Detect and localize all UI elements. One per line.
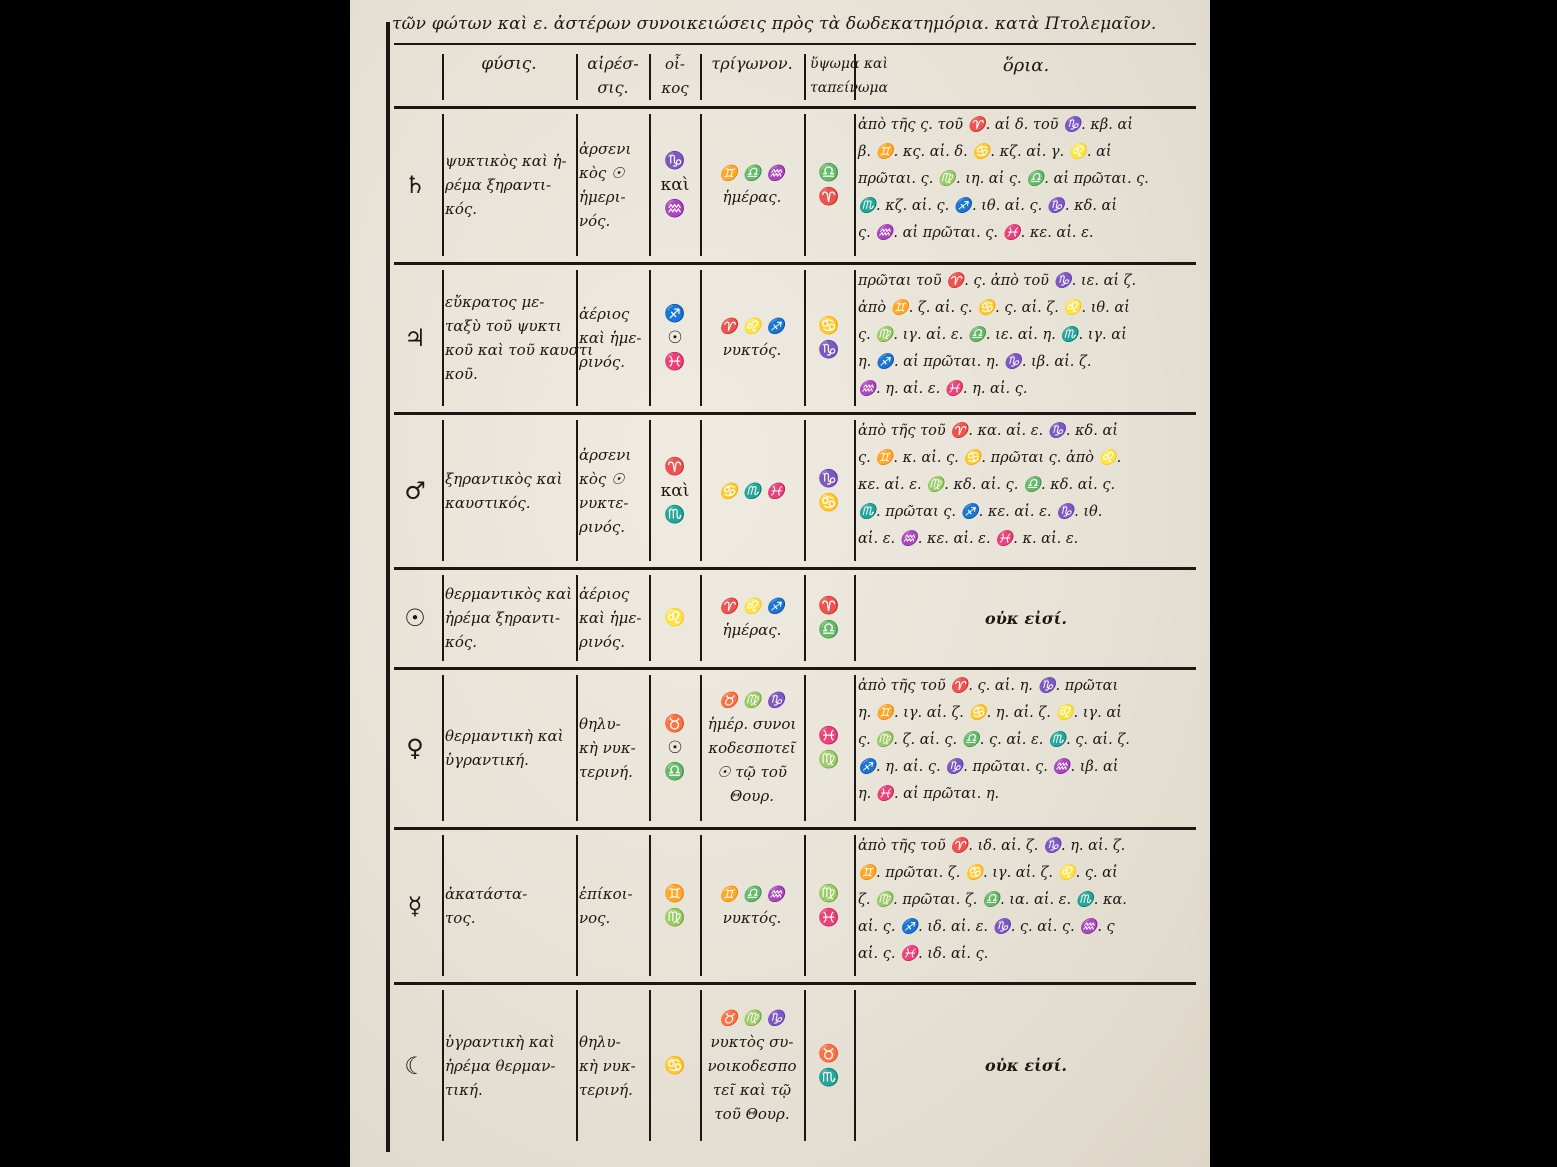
- house-cell-line: καὶ: [652, 173, 698, 197]
- house-cell-line: ♏: [652, 503, 698, 527]
- column-divider: [649, 420, 651, 561]
- exaltation-cell-line: ♑: [807, 467, 851, 491]
- house-cell-line: ☉: [652, 326, 698, 350]
- house-cell: ♈καὶ♏: [652, 418, 698, 563]
- terms-cell-line: η. ♓. αἱ πρῶται. η.: [858, 781, 1194, 808]
- sect-cell-line: νός.: [579, 209, 647, 233]
- house-cell-line: ♒: [652, 197, 698, 221]
- sect-cell-line: θηλυ-: [579, 712, 647, 736]
- trigon-cell: ♈ ♌ ♐νυκτός.: [703, 268, 801, 408]
- column-divider: [576, 990, 578, 1141]
- trigon-cell: ♉ ♍ ♑ἡμέρ. συνοικοδεσποτεῖ☉ τῷ τοῦΘουρ.: [703, 673, 801, 823]
- nature-cell-line: εὔκρατος με-: [445, 290, 573, 314]
- exaltation-cell: ♍♓: [807, 833, 851, 978]
- nature-cell-line: κοῦ καὶ τοῦ καυστι: [445, 338, 573, 362]
- sect-cell-line: ἀρσενι: [579, 137, 647, 161]
- column-divider: [804, 575, 806, 661]
- column-divider: [576, 835, 578, 976]
- exaltation-cell-line: ♋: [807, 491, 851, 515]
- house-cell-line: ♍: [652, 906, 698, 930]
- sect-cell-line: νυκτε-: [579, 491, 647, 515]
- sect-cell-line: ἐπίκοι-: [579, 882, 647, 906]
- trigon-cell-line: νυκτός.: [703, 338, 801, 362]
- terms-cell: ἀπὸ τῆς ς. τοῦ ♈. αἱ δ. τοῦ ♑. κβ. αἱβ. …: [858, 112, 1194, 258]
- terms-cell-line: η. ♊. ιγ. αἱ. ζ. ♋. η. αἱ. ζ. ♌. ιγ. αἱ: [858, 700, 1194, 727]
- sect-cell-line: νος.: [579, 906, 647, 930]
- trigon-cell-line: ♋ ♏ ♓: [703, 479, 801, 503]
- header-label-line: οἶ-: [652, 52, 698, 76]
- sect-cell: ἀρσενικὸς ☉νυκτε-ρινός.: [579, 418, 647, 563]
- exaltation-cell: ♈♎: [807, 573, 851, 663]
- trigon-cell: ♈ ♌ ♐ἡμέρας.: [703, 573, 801, 663]
- row-divider: [394, 827, 1196, 830]
- page-title: τῶν φώτων καὶ ε. ἀστέρων συνοικειώσεις π…: [392, 14, 1202, 44]
- row-divider: [394, 262, 1196, 265]
- house-cell: ♉☉♎: [652, 673, 698, 823]
- terms-cell-line: ἀπὸ τῆς τοῦ ♈. κα. αἱ. ε. ♑. κδ. αἱ: [858, 418, 1194, 445]
- terms-cell-line: ς. ♍. ζ. αἱ. ς. ♎. ς. αἱ. ε. ♏. ς. αἱ. ζ…: [858, 727, 1194, 754]
- row-divider: [394, 567, 1196, 570]
- nature-cell-line: ὑγραντική.: [445, 748, 573, 772]
- nature-cell-line: θερμαντικὴ καὶ: [445, 724, 573, 748]
- row-divider: [394, 106, 1196, 109]
- house-cell-line: καὶ: [652, 479, 698, 503]
- column-divider: [576, 270, 578, 406]
- house-cell-line: ♎: [652, 760, 698, 784]
- exaltation-cell: ♋♑: [807, 268, 851, 408]
- nature-cell: ξηραντικὸς καὶκαυστικός.: [445, 418, 573, 563]
- sect-cell: ἀρσενικὸς ☉ἡμερι-νός.: [579, 112, 647, 258]
- house-cell-line: ♊: [652, 882, 698, 906]
- column-divider: [442, 835, 444, 976]
- nature-cell: εὔκρατος με-ταξὺ τοῦ ψυκτικοῦ καὶ τοῦ κα…: [445, 268, 573, 408]
- nature-cell: θερμαντικὸς καὶἠρέμα ξηραντι-κός.: [445, 573, 573, 663]
- house-cell-line: ♑: [652, 149, 698, 173]
- exaltation-cell-line: ♋: [807, 314, 851, 338]
- table-header: φύσις. αἱρέσ-σις. οἶ-κος τρίγωνον. ὕψωμα…: [390, 46, 1196, 106]
- header-trigon: τρίγωνον.: [703, 52, 801, 102]
- terms-cell-line: ♊. πρῶται. ζ. ♋. ιγ. αἱ. ζ. ♌. ς. αἱ: [858, 860, 1194, 887]
- column-divider: [442, 114, 444, 256]
- terms-cell-line: β. ♊. κς. αἱ. δ. ♋. κζ. αἱ. γ. ♌. αἱ: [858, 139, 1194, 166]
- column-divider: [649, 990, 651, 1141]
- trigon-cell-line: ἡμέρας.: [703, 618, 801, 642]
- trigon-cell-line: κοδεσποτεῖ: [703, 736, 801, 760]
- column-divider: [700, 420, 702, 561]
- house-cell: ♑καὶ♒: [652, 112, 698, 258]
- column-divider: [854, 420, 856, 561]
- terms-cell-line: ♏. πρῶται ς. ♐. κε. αἱ. ε. ♑. ιθ.: [858, 499, 1194, 526]
- planet-symbol-icon: ☉: [390, 573, 440, 663]
- column-divider: [442, 675, 444, 821]
- exaltation-cell-line: ♈: [807, 185, 851, 209]
- trigon-cell-line: Θουρ.: [703, 784, 801, 808]
- trigon-cell: ♋ ♏ ♓: [703, 418, 801, 563]
- trigon-cell-line: ἡμέρας.: [703, 185, 801, 209]
- nature-cell-line: ταξὺ τοῦ ψυκτι: [445, 314, 573, 338]
- trigon-cell-line: ♊ ♎ ♒: [703, 161, 801, 185]
- terms-cell-line: πρῶται τοῦ ♈. ς. ἀπὸ τοῦ ♑. ιε. αἱ ζ.: [858, 268, 1194, 295]
- planet-symbol-icon: ☿: [390, 833, 440, 978]
- column-divider: [649, 835, 651, 976]
- row-divider: [394, 412, 1196, 415]
- trigon-cell-line: τοῦ Θουρ.: [703, 1102, 801, 1126]
- header-label-line: σις.: [579, 76, 647, 100]
- row-divider: [394, 982, 1196, 985]
- sect-cell-line: κὸς ☉: [579, 161, 647, 185]
- header-nature: φύσις.: [445, 52, 573, 102]
- header-label: ὅρια.: [858, 52, 1194, 79]
- terms-cell-line: ♒. η. αἱ. ε. ♓. η. αἱ. ς.: [858, 376, 1194, 403]
- house-cell-line: ☉: [652, 736, 698, 760]
- header-sect: αἱρέσ-σις.: [579, 52, 647, 102]
- house-cell-line: ♌: [652, 606, 698, 630]
- column-divider: [804, 420, 806, 561]
- terms-cell-line: αἱ. ς. ♓. ιδ. αἱ. ς.: [858, 941, 1194, 968]
- nature-cell-line: ἠρέμα ξηραντι-: [445, 606, 573, 630]
- column-divider: [854, 675, 856, 821]
- exaltation-cell: ♑♋: [807, 418, 851, 563]
- nature-cell-line: καυστικός.: [445, 491, 573, 515]
- planet-symbol-icon: ♃: [390, 268, 440, 408]
- sect-cell: ἐπίκοι-νος.: [579, 833, 647, 978]
- table-row: ☾ὑγραντικὴ καὶἠρέμα θερμαν-τική.θηλυ-κὴ …: [390, 982, 1196, 1147]
- house-cell-line: ♉: [652, 712, 698, 736]
- trigon-cell-line: ἡμέρ. συνοι: [703, 712, 801, 736]
- sect-cell: θηλυ-κὴ νυκ-τερινή.: [579, 988, 647, 1143]
- column-divider: [576, 575, 578, 661]
- column-divider: [442, 270, 444, 406]
- column-divider: [804, 675, 806, 821]
- nature-cell-line: τος.: [445, 906, 573, 930]
- trigon-cell-line: νυκτὸς συ-: [703, 1030, 801, 1054]
- terms-cell-line: ἀπὸ τῆς τοῦ ♈. ς. αἱ. η. ♑. πρῶται: [858, 673, 1194, 700]
- column-divider: [804, 990, 806, 1141]
- terms-cell: ἀπὸ τῆς τοῦ ♈. κα. αἱ. ε. ♑. κδ. αἱς. ♊.…: [858, 418, 1194, 563]
- exaltation-cell-line: ♓: [807, 724, 851, 748]
- terms-cell: ἀπὸ τῆς τοῦ ♈. ς. αἱ. η. ♑. πρῶταιη. ♊. …: [858, 673, 1194, 823]
- house-cell-line: ♓: [652, 350, 698, 374]
- nature-cell-line: ρέμα ξηραντι-: [445, 173, 573, 197]
- terms-cell-line: ♏. κζ. αἱ. ς. ♐. ιθ. αἱ. ς. ♑. κδ. αἱ: [858, 193, 1194, 220]
- sect-cell-line: ἡμερι-: [579, 185, 647, 209]
- column-divider: [854, 270, 856, 406]
- header-house: οἶ-κος: [652, 52, 698, 102]
- sect-cell-line: ρινός.: [579, 515, 647, 539]
- house-cell-line: ♈: [652, 455, 698, 479]
- terms-cell-line: ς. ♊. κ. αἱ. ς. ♋. πρῶται ς. ἀπὸ ♌.: [858, 445, 1194, 472]
- nature-cell: ψυκτικὸς καὶ ἠ-ρέμα ξηραντι-κός.: [445, 112, 573, 258]
- row-divider: [394, 667, 1196, 670]
- header-label: τρίγωνον.: [703, 52, 801, 76]
- house-cell: ♊♍: [652, 833, 698, 978]
- terms-cell-line: ς. ♍. ιγ. αἱ. ε. ♎. ιε. αἱ. η. ♏. ιγ. αἱ: [858, 322, 1194, 349]
- planet-symbol-icon: ☾: [390, 988, 440, 1143]
- terms-cell-line: πρῶται. ς. ♍. ιη. αἱ ς. ♎. αἱ πρῶται. ς.: [858, 166, 1194, 193]
- column-divider: [700, 675, 702, 821]
- column-divider: [649, 54, 651, 100]
- sect-cell-line: κὴ νυκ-: [579, 736, 647, 760]
- exaltation-cell-line: ♍: [807, 882, 851, 906]
- nature-cell-line: ἀκατάστα-: [445, 882, 573, 906]
- table-row: ♂ξηραντικὸς καὶκαυστικός.ἀρσενικὸς ☉νυκτ…: [390, 412, 1196, 567]
- terms-cell-line: αἱ. ε. ♒. κε. αἱ. ε. ♓. κ. αἱ. ε.: [858, 526, 1194, 553]
- trigon-cell: ♊ ♎ ♒νυκτός.: [703, 833, 801, 978]
- trigon-cell-line: ♉ ♍ ♑: [703, 1006, 801, 1030]
- column-divider: [442, 990, 444, 1141]
- exaltation-cell: ♎♈: [807, 112, 851, 258]
- nature-cell-line: κοῦ.: [445, 362, 573, 386]
- column-divider: [442, 54, 444, 100]
- column-divider: [442, 575, 444, 661]
- header-label: φύσις.: [445, 52, 573, 76]
- trigon-cell: ♊ ♎ ♒ἡμέρας.: [703, 112, 801, 258]
- sect-cell: ἀέριοςκαὶ ἡμε-ρινός.: [579, 268, 647, 408]
- house-cell: ♋: [652, 988, 698, 1143]
- sect-cell-line: τερινή.: [579, 1078, 647, 1102]
- column-divider: [576, 675, 578, 821]
- column-divider: [804, 835, 806, 976]
- nature-cell: ὑγραντικὴ καὶἠρέμα θερμαν-τική.: [445, 988, 573, 1143]
- terms-cell: πρῶται τοῦ ♈. ς. ἀπὸ τοῦ ♑. ιε. αἱ ζ.ἀπὸ…: [858, 268, 1194, 408]
- column-divider: [442, 420, 444, 561]
- house-cell-line: ♋: [652, 1054, 698, 1078]
- terms-cell-line: η. ♐. αἱ πρῶται. η. ♑. ιβ. αἱ. ζ.: [858, 349, 1194, 376]
- sect-cell-line: κὴ νυκ-: [579, 1054, 647, 1078]
- column-divider: [854, 835, 856, 976]
- sect-cell-line: ρινός.: [579, 350, 647, 374]
- terms-cell: οὐκ εἰσί.: [858, 988, 1194, 1143]
- nature-cell-line: ἠρέμα θερμαν-: [445, 1054, 573, 1078]
- nature-cell-line: τική.: [445, 1078, 573, 1102]
- trigon-cell-line: ♊ ♎ ♒: [703, 882, 801, 906]
- scanned-page: τῶν φώτων καὶ ε. ἀστέρων συνοικειώσεις π…: [350, 0, 1210, 1167]
- house-cell: ♌: [652, 573, 698, 663]
- planet-symbol-icon: ♂: [390, 418, 440, 563]
- column-divider: [700, 114, 702, 256]
- table-row: ☉θερμαντικὸς καὶἠρέμα ξηραντι-κός.ἀέριος…: [390, 567, 1196, 667]
- title-underline: [394, 43, 1196, 45]
- sect-cell-line: θηλυ-: [579, 1030, 647, 1054]
- exaltation-cell-line: ♓: [807, 906, 851, 930]
- sect-cell-line: ἀρσενι: [579, 443, 647, 467]
- exaltation-cell-line: ♎: [807, 161, 851, 185]
- header-terms: ὅρια.: [858, 52, 1194, 102]
- sect-cell-line: ρινός.: [579, 630, 647, 654]
- trigon-cell-line: ♈ ♌ ♐: [703, 594, 801, 618]
- terms-cell: ἀπὸ τῆς τοῦ ♈. ιδ. αἱ. ζ. ♑. η. αἱ. ζ.♊.…: [858, 833, 1194, 978]
- trigon-cell-line: νοικοδεσπο: [703, 1054, 801, 1078]
- nature-cell-line: ὑγραντικὴ καὶ: [445, 1030, 573, 1054]
- nature-cell-line: κός.: [445, 197, 573, 221]
- sect-cell-line: ἀέριος: [579, 302, 647, 326]
- trigon-cell: ♉ ♍ ♑νυκτὸς συ-νοικοδεσποτεῖ καὶ τῷτοῦ Θ…: [703, 988, 801, 1143]
- column-divider: [576, 54, 578, 100]
- nature-cell: ἀκατάστα-τος.: [445, 833, 573, 978]
- terms-cell-line: ♐. η. αἱ. ς. ♑. πρῶται. ς. ♒. ιβ. αἱ: [858, 754, 1194, 781]
- terms-cell-line: ἀπὸ τῆς ς. τοῦ ♈. αἱ δ. τοῦ ♑. κβ. αἱ: [858, 112, 1194, 139]
- table-row: ♀θερμαντικὴ καὶὑγραντική.θηλυ-κὴ νυκ-τερ…: [390, 667, 1196, 827]
- trigon-cell-line: ☉ τῷ τοῦ: [703, 760, 801, 784]
- trigon-cell-line: τεῖ καὶ τῷ: [703, 1078, 801, 1102]
- sect-cell-line: ἀέριος: [579, 582, 647, 606]
- column-divider: [854, 990, 856, 1141]
- terms-cell-line: ζ. ♍. πρῶται. ζ. ♎. ια. αἱ. ε. ♏. κα.: [858, 887, 1194, 914]
- exaltation-cell-line: ♏: [807, 1066, 851, 1090]
- table-row: ♄ψυκτικὸς καὶ ἠ-ρέμα ξηραντι-κός.ἀρσενικ…: [390, 106, 1196, 262]
- column-divider: [854, 114, 856, 256]
- terms-cell: οὐκ εἰσί.: [858, 573, 1194, 663]
- terms-cell-line: ς. ♒. αἱ πρῶται. ς. ♓. κε. αἱ. ε.: [858, 220, 1194, 247]
- exaltation-cell-line: ♈: [807, 594, 851, 618]
- terms-cell-line: ἀπὸ ♊. ζ. αἱ. ς. ♋. ς. αἱ. ζ. ♌. ιθ. αἱ: [858, 295, 1194, 322]
- column-divider: [576, 420, 578, 561]
- table-row: ☿ἀκατάστα-τος.ἐπίκοι-νος.♊♍♊ ♎ ♒νυκτός.♍…: [390, 827, 1196, 982]
- exaltation-cell-line: ♍: [807, 748, 851, 772]
- exaltation-cell: ♉♏: [807, 988, 851, 1143]
- header-label-line: αἱρέσ-: [579, 52, 647, 76]
- column-divider: [649, 114, 651, 256]
- sect-cell-line: καὶ ἡμε-: [579, 326, 647, 350]
- trigon-cell-line: ♉ ♍ ♑: [703, 688, 801, 712]
- column-divider: [700, 835, 702, 976]
- column-divider: [576, 114, 578, 256]
- column-divider: [649, 575, 651, 661]
- terms-cell-line: αἱ. ς. ♐. ιδ. αἱ. ε. ♑. ς. αἱ. ς. ♒. ς: [858, 914, 1194, 941]
- sect-cell-line: καὶ ἡμε-: [579, 606, 647, 630]
- trigon-cell-line: νυκτός.: [703, 906, 801, 930]
- nature-cell-line: ξηραντικὸς καὶ: [445, 467, 573, 491]
- column-divider: [854, 575, 856, 661]
- sect-cell-line: τερινή.: [579, 760, 647, 784]
- exaltation-cell-line: ♎: [807, 618, 851, 642]
- nature-cell-line: ψυκτικὸς καὶ ἠ-: [445, 149, 573, 173]
- sect-cell: θηλυ-κὴ νυκ-τερινή.: [579, 673, 647, 823]
- header-label-line: κος: [652, 76, 698, 100]
- sect-cell: ἀέριοςκαὶ ἡμε-ρινός.: [579, 573, 647, 663]
- column-divider: [700, 270, 702, 406]
- column-divider: [700, 990, 702, 1141]
- nature-cell: θερμαντικὴ καὶὑγραντική.: [445, 673, 573, 823]
- planet-symbol-icon: ♀: [390, 673, 440, 823]
- planet-symbol-icon: ♄: [390, 112, 440, 258]
- column-divider: [804, 270, 806, 406]
- trigon-cell-line: ♈ ♌ ♐: [703, 314, 801, 338]
- column-divider: [649, 270, 651, 406]
- sect-cell-line: κὸς ☉: [579, 467, 647, 491]
- exaltation-cell-line: ♑: [807, 338, 851, 362]
- table-row: ♃εὔκρατος με-ταξὺ τοῦ ψυκτικοῦ καὶ τοῦ κ…: [390, 262, 1196, 412]
- column-divider: [700, 54, 702, 100]
- house-cell: ♐☉♓: [652, 268, 698, 408]
- terms-cell-line: ἀπὸ τῆς τοῦ ♈. ιδ. αἱ. ζ. ♑. η. αἱ. ζ.: [858, 833, 1194, 860]
- terms-cell-line: κε. αἱ. ε. ♍. κδ. αἱ. ς. ♎. κδ. αἱ. ς.: [858, 472, 1194, 499]
- nature-cell-line: θερμαντικὸς καὶ: [445, 582, 573, 606]
- nature-cell-line: κός.: [445, 630, 573, 654]
- exaltation-cell-line: ♉: [807, 1042, 851, 1066]
- column-divider: [649, 675, 651, 821]
- house-cell-line: ♐: [652, 302, 698, 326]
- column-divider: [700, 575, 702, 661]
- column-divider: [804, 114, 806, 256]
- exaltation-cell: ♓♍: [807, 673, 851, 823]
